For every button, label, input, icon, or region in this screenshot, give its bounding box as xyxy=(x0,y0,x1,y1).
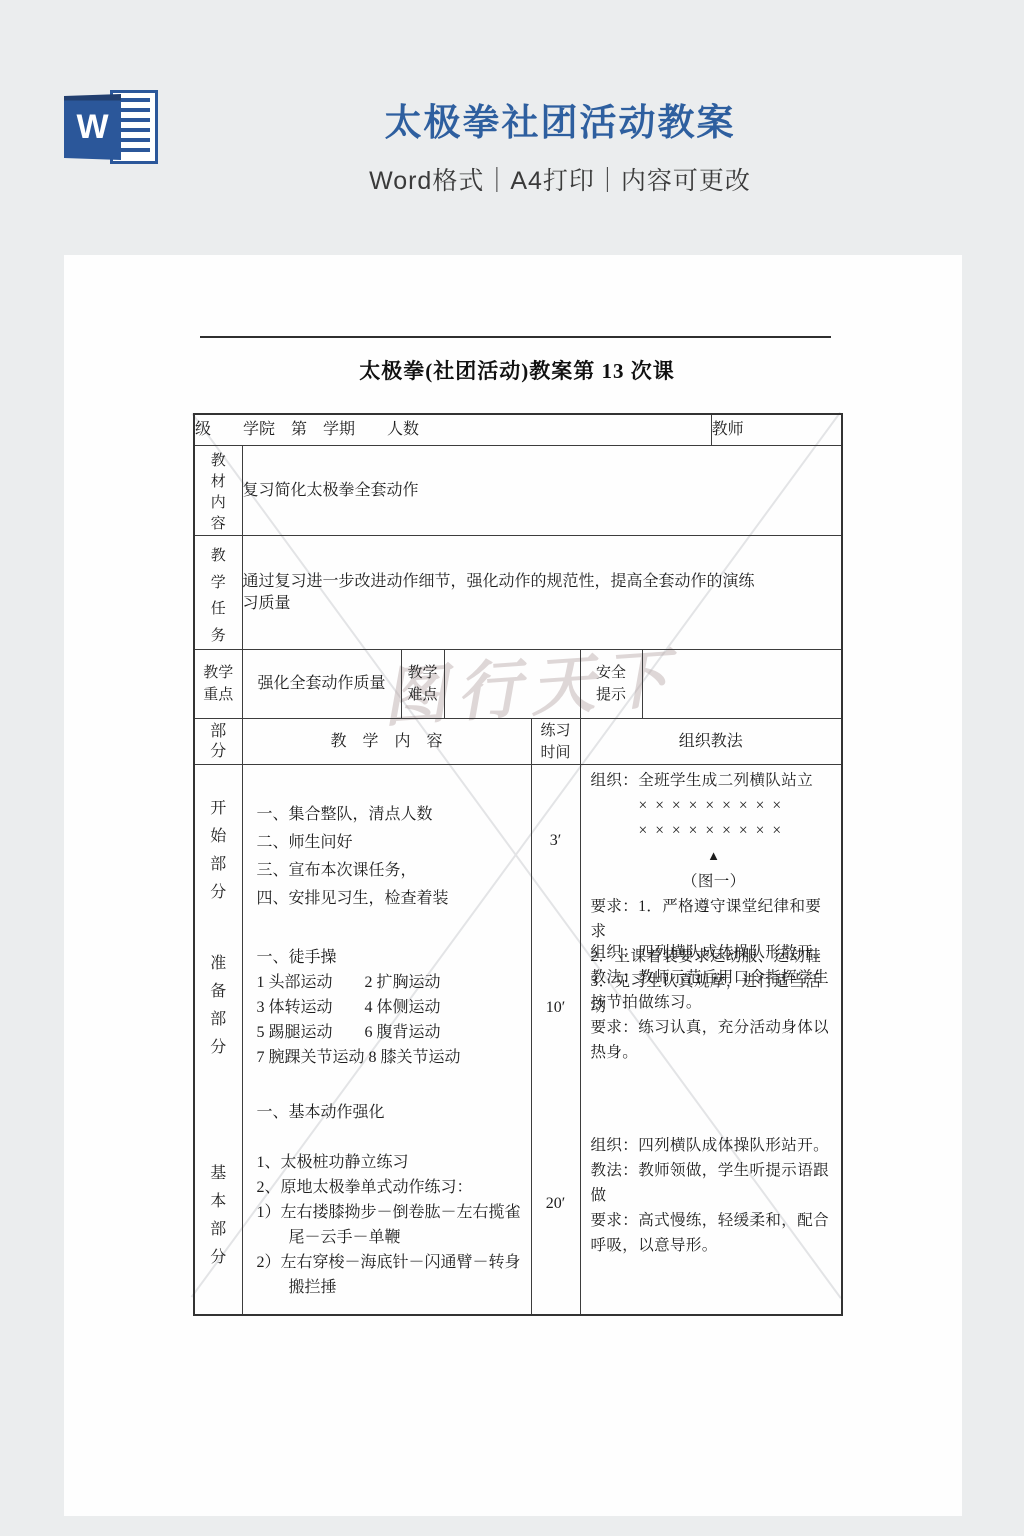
section-labels-cell: 开始部分 准备部分 基本部分 xyxy=(194,765,242,1316)
safety-label-cell: 安全提示 xyxy=(580,650,642,719)
difficulty-label-cell: 教学难点 xyxy=(401,650,444,719)
key-point-label-cell: 教学重点 xyxy=(194,650,242,719)
word-file-icon: W xyxy=(64,86,164,168)
section-label-basic: 基本部分 xyxy=(195,1160,242,1272)
table-row: 教材内容 复习简化太极拳全套动作 xyxy=(194,446,842,536)
header-subtitle: Word格式｜A4打印｜内容可更改 xyxy=(160,161,960,197)
table-row: 教学任务 通过复习进一步改进动作细节，强化动作的规范性，提高全套动作的演练 习质… xyxy=(194,536,842,650)
organization-method-cell: 组织：全班学生成二列横队站立 ××××××××× ××××××××× ▲ （图一… xyxy=(580,765,842,1316)
task-content-cell: 通过复习进一步改进动作细节，强化动作的规范性，提高全套动作的演练 习质量 xyxy=(242,536,842,650)
section-column-header: 部分 xyxy=(194,719,242,765)
class-info-cell: 级 学院 第 学期 人数 xyxy=(194,414,711,446)
material-content-cell: 复习简化太极拳全套动作 xyxy=(242,446,842,536)
teaching-content-cell: 一、集合整队，清点人数 二、师生问好 三、宣布本次课任务， 四、安排见习生，检查… xyxy=(242,765,531,1316)
word-icon-text-lines xyxy=(118,98,150,156)
time-basic: 20′ xyxy=(532,1193,580,1215)
practice-time-cell: 3′ 10′ 20′ xyxy=(531,765,580,1316)
formation-row: ××××××××× xyxy=(591,793,838,818)
org-block-prepare: 组织：四列横队成体操队形散开。 教法：教师示范后用口令指挥学生 按节拍做练习。 … xyxy=(591,940,838,1065)
content-block-start: 一、集合整队，清点人数 二、师生问好 三、宣布本次课任务， 四、安排见习生，检查… xyxy=(257,801,527,913)
header-text: 太极拳社团活动教案 Word格式｜A4打印｜内容可更改 xyxy=(160,92,960,197)
top-rule xyxy=(200,336,831,338)
material-label: 教材内容 xyxy=(211,446,226,535)
time-start: 3′ xyxy=(532,830,580,852)
section-label-start: 开始部分 xyxy=(195,795,242,907)
formation-row: ××××××××× xyxy=(591,818,838,843)
figure-caption: （图一） xyxy=(591,869,838,894)
table-header-row: 部分 教 学 内 容 练习时间 组织教法 xyxy=(194,719,842,765)
screenshot-canvas: W 太极拳社团活动教案 Word格式｜A4打印｜内容可更改 图行天下 太极拳(社… xyxy=(0,0,1024,1536)
task-label-cell: 教学任务 xyxy=(194,536,242,650)
material-label-cell: 教材内容 xyxy=(194,446,242,536)
org-line: 组织：全班学生成二列横队站立 xyxy=(591,768,838,793)
time-prepare: 10′ xyxy=(532,997,580,1019)
teacher-triangle-icon: ▲ xyxy=(591,843,838,869)
table-body-row: 开始部分 准备部分 基本部分 一、集合整队，清点人数 二、师生问好 三、宣布本次… xyxy=(194,765,842,1316)
method-column-header: 组织教法 xyxy=(580,719,842,765)
key-point-value-cell: 强化全套动作质量 xyxy=(242,650,401,719)
word-icon-letter: W xyxy=(76,110,108,144)
word-icon-panel: W xyxy=(64,94,121,160)
lesson-plan-table: 级 学院 第 学期 人数 教师 教材内容 复习简化太极拳全套动作 教学任务 通过… xyxy=(193,413,843,1316)
org-block-basic: 组织：四列横队成体操队形站开。 教法：教师领做，学生听提示语跟 做 要求：高式慢… xyxy=(591,1133,838,1258)
time-column-header: 练习时间 xyxy=(531,719,580,765)
table-row: 教学重点 强化全套动作质量 教学难点 安全提示 xyxy=(194,650,842,719)
content-column-header: 教 学 内 容 xyxy=(242,719,531,765)
difficulty-value-cell xyxy=(444,650,580,719)
task-label: 教学任务 xyxy=(211,536,226,649)
header-title: 太极拳社团活动教案 xyxy=(160,92,960,146)
teacher-label-cell: 教师 xyxy=(711,414,842,446)
doc-title: 太极拳(社团活动)教案第 13 次课 xyxy=(193,355,841,385)
content-block-prepare: 一、徒手操 1 头部运动 2 扩胸运动 3 体转运动 4 体侧运动 5 踢腿运动… xyxy=(257,945,527,1070)
table-row: 级 学院 第 学期 人数 教师 xyxy=(194,414,842,446)
safety-value-cell xyxy=(642,650,842,719)
section-label-prepare: 准备部分 xyxy=(195,950,242,1062)
content-block-basic: 一、基本动作强化 1、太极桩功静立练习 2、原地太极拳单式动作练习： 1）左右搂… xyxy=(257,1100,527,1300)
document-page: 图行天下 太极拳(社团活动)教案第 13 次课 级 学院 第 学期 人数 教师 … xyxy=(64,255,962,1516)
